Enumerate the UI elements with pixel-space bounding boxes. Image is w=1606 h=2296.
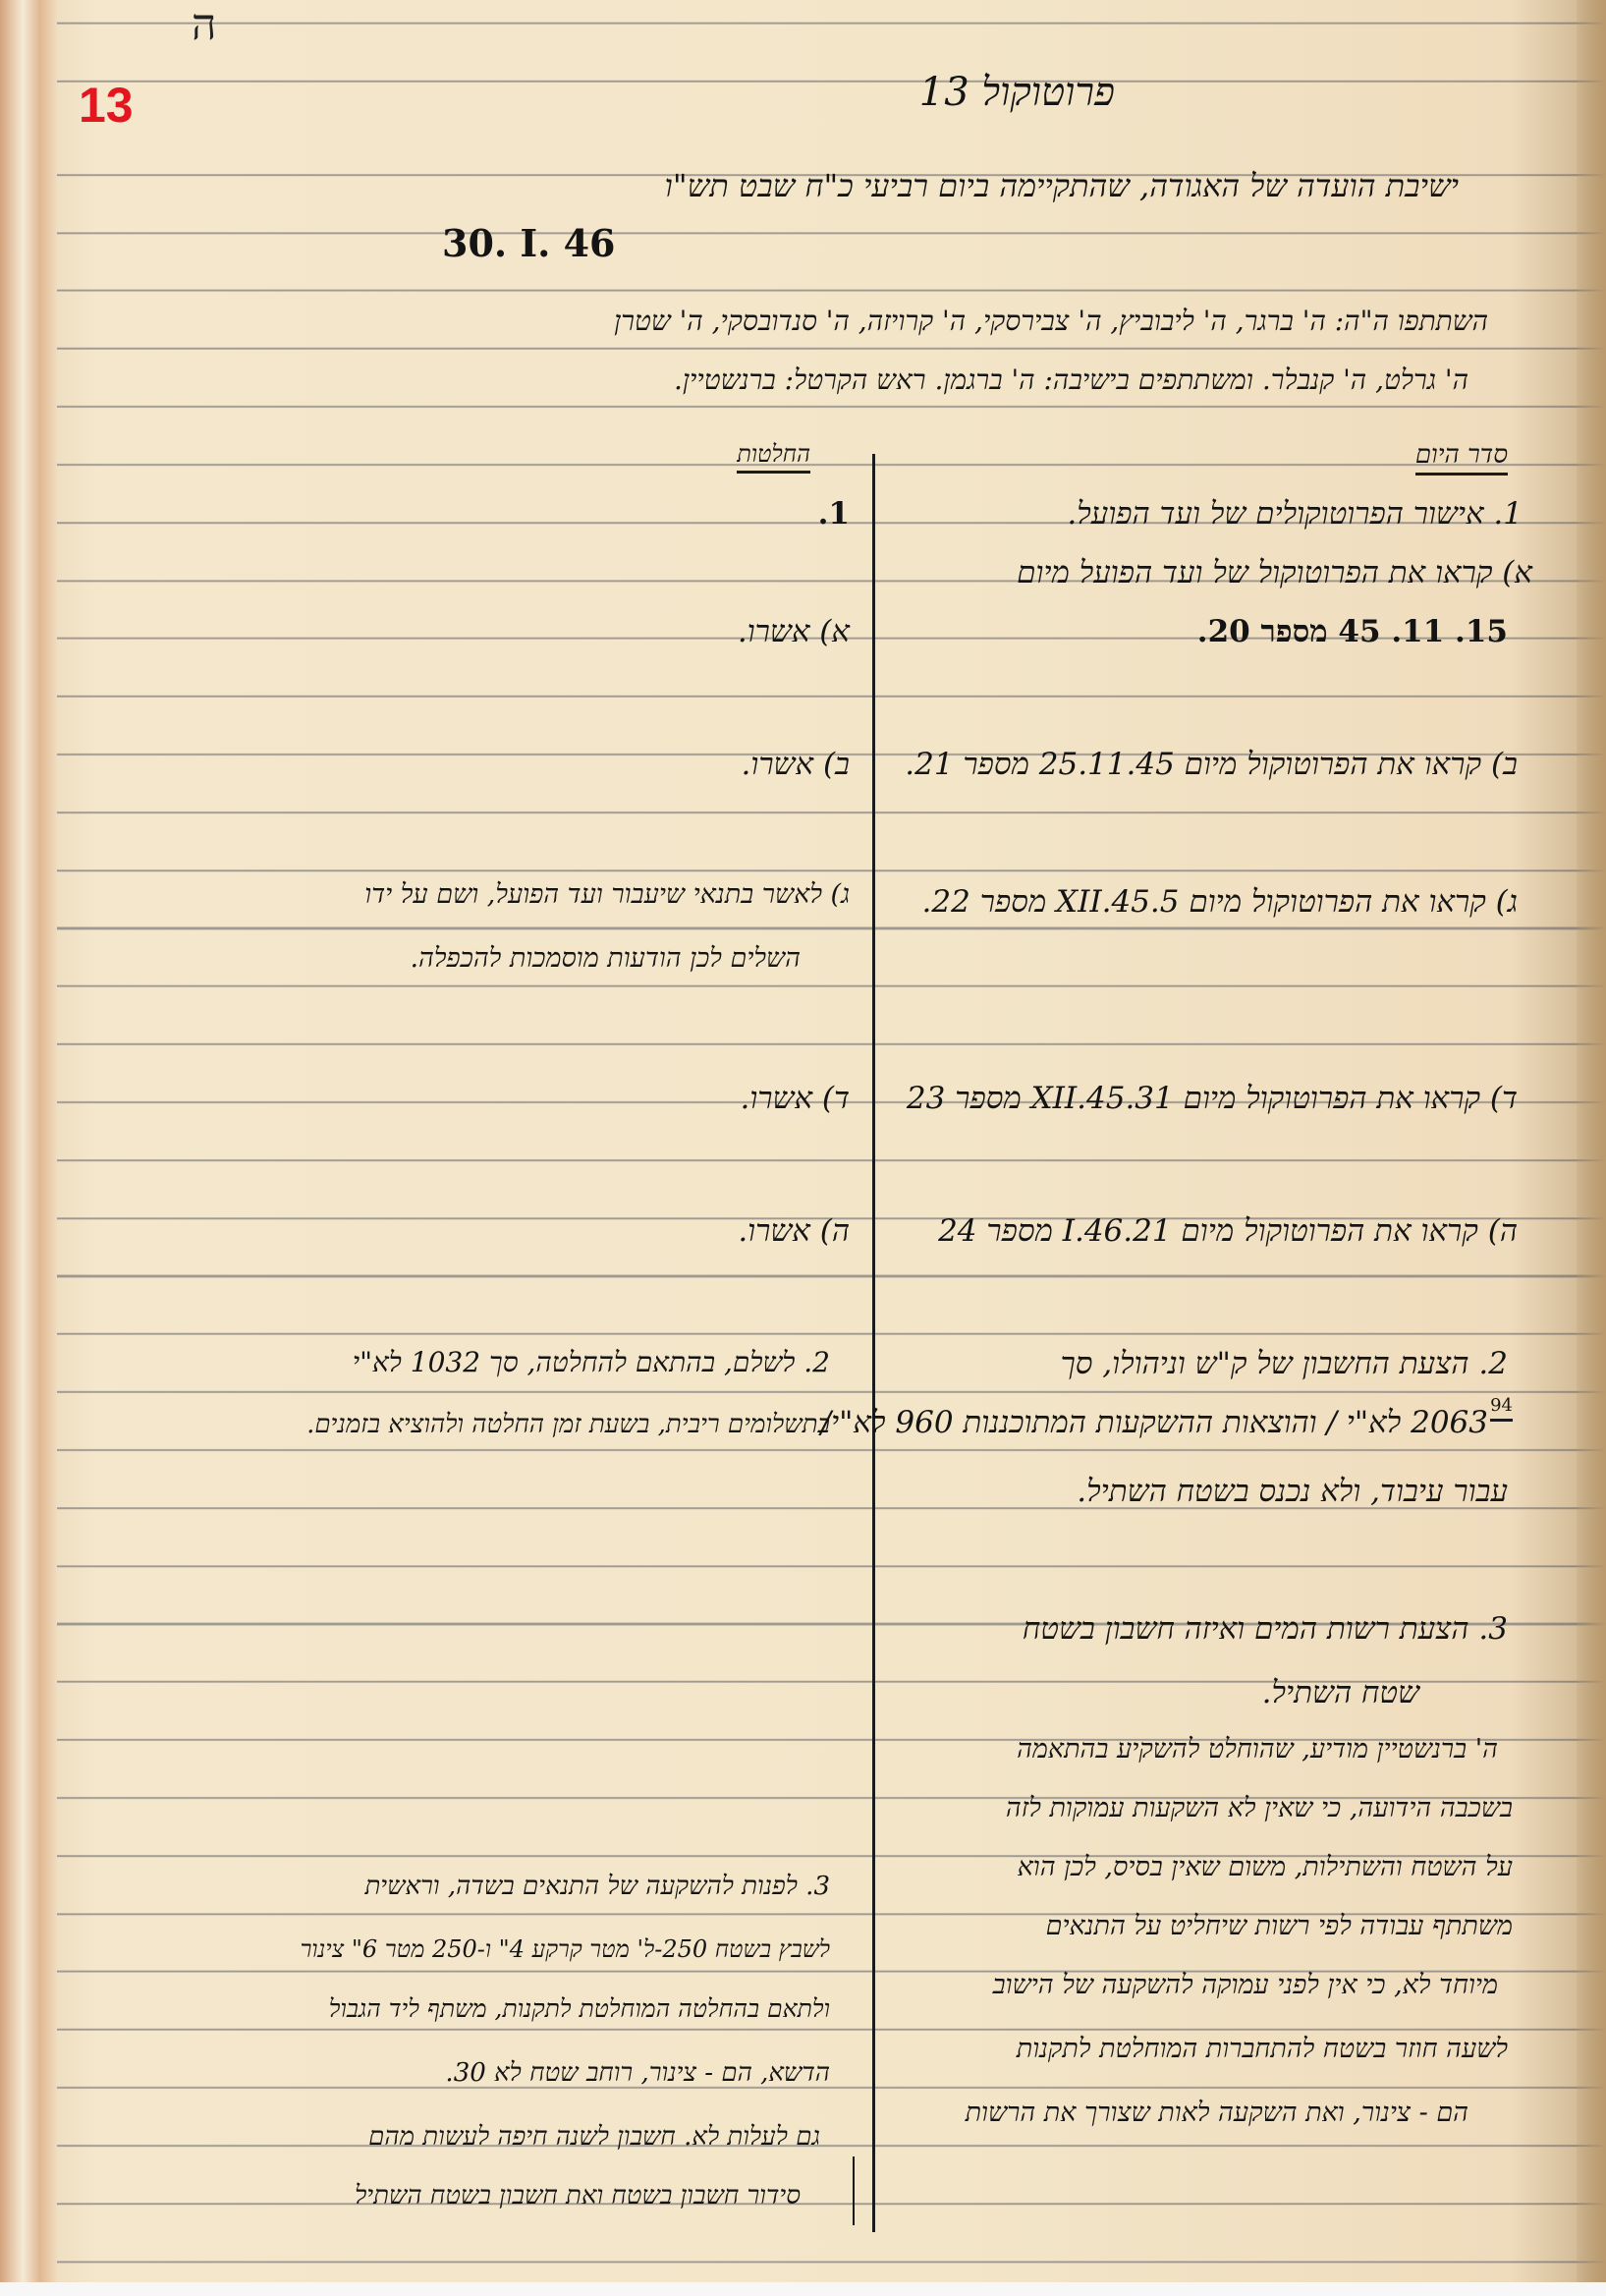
meeting-date: 30. I. 46 xyxy=(442,221,615,266)
decision-item-3-line5: גם לעלות לא. חשבון לשנה חיפה לעשות מהם xyxy=(368,2122,820,2153)
agenda-item-2-line2: 2063 לא"י / והוצאות ההשקעות המתוכננות 96… xyxy=(821,1405,1488,1441)
agenda-item-3-line9: הם - צינור, ואת השקעה לאות שצורך את הרשו… xyxy=(966,2098,1468,2129)
decision-item-3-line1: 3. לפנות להשקעה של התנאים בשדה, וראשית xyxy=(364,1872,830,1902)
agenda-item-1e: ה) קראו את הפרוטוקול מיום 21.I.46 מספר 2… xyxy=(938,1213,1518,1250)
agenda-item-3-line5: על השטח והשתילות, משום שאין בסיס, לכן הו… xyxy=(1018,1852,1513,1883)
column-divider xyxy=(872,454,875,2232)
decision-item-1c-line2: השלים לכן הודעות מוסמכות להכפלה. xyxy=(410,943,801,975)
decision-item-3-line4: הדשא, הם - צינור, רוחב שטח לא 30. xyxy=(445,2058,830,2089)
decision-item-2-line2: בתשלומים ריבית, בשעת זמן החלטה ולהוציא ב… xyxy=(306,1410,830,1440)
decision-item-1a: א) אשרו. xyxy=(738,614,850,650)
notebook-page: ה 13 פרוטוקול 13 ישיבת הועדה של האגודה, … xyxy=(0,0,1606,2296)
decisions-column-header: החלטות xyxy=(737,440,810,474)
page-stamp-number: 13 xyxy=(79,77,134,134)
decision-item-1d: ד) אשרו. xyxy=(740,1081,850,1117)
decision-item-1b: ב) אשרו. xyxy=(742,747,850,783)
agenda-item-3-line6: משתתף עבודה לפי רשות שיחליט על התנאים xyxy=(1046,1911,1513,1942)
agenda-item-3-line3: ה' ברנשטיין מודיע, שהוחלט להשקיע בהתאמה xyxy=(1017,1734,1498,1765)
attendees-line-2: ה' גרלט, ה' קנבלר. ומשתתפים בישיבה: ה' ב… xyxy=(674,364,1468,397)
agenda-item-1a-line2: 15. 11. 45 מספר 20. xyxy=(1197,614,1508,650)
agenda-item-1d: ד) קראו את הפרוטוקול מיום 31.XII.45 מספר… xyxy=(907,1081,1518,1117)
decision-item-3-line2: לשבץ בשטח 250-ל' מטר קרקע 4" ו-250 מטר 6… xyxy=(301,1935,830,1964)
agenda-item-1b: ב) קראו את הפרוטוקול מיום 25.11.45 מספר … xyxy=(905,747,1518,783)
agenda-item-2-line1: 2. הצעת החשבון של ק"ש וניהולו, סך xyxy=(1061,1346,1508,1382)
decision-item-3-line6: סידור חשבון בשטח ואת חשבון בשטח השתיל xyxy=(355,2181,801,2212)
agenda-item-2-line3: עבור עיבוד, ולא נכנס בשטח השתיל. xyxy=(1077,1474,1508,1510)
agenda-item-3-line4: בשכבה הידועה, כי שאין לא השקעות עמוקות ל… xyxy=(1006,1793,1513,1824)
agenda-item-1-title: 1. אישור הפרוטוקולים של ועד הפועל. xyxy=(1067,496,1523,532)
agenda-item-3-line8: לשעה חוזר בשטח להתחברות המוחלטת לתקנות xyxy=(1017,2034,1508,2065)
agenda-column-header: סדר היום xyxy=(1415,440,1508,476)
column-divider-tail xyxy=(853,2156,855,2225)
agenda-item-3-line1: 3. הצעת רשות המים ואיזה חשבון בשטח xyxy=(1023,1611,1508,1648)
page-edge xyxy=(1577,0,1606,2296)
agenda-item-3-line7: מיוחד לא, כי אין לפני עמוקה להשקעה של הי… xyxy=(993,1970,1498,2001)
protocol-title: פרוטוקול 13 xyxy=(919,69,1115,116)
meeting-subtitle: ישיבת הועדה של האגודה, שהתקיימה ביום רבי… xyxy=(665,167,1459,204)
notebook-spine xyxy=(0,0,57,2296)
agenda-item-2-superscript: 94 xyxy=(1490,1395,1513,1422)
decision-item-1-number: 1. xyxy=(818,496,850,532)
agenda-item-1c: ג) קראו את הפרוטוקול מיום 5.XII.45 מספר … xyxy=(922,884,1518,921)
decision-item-3-line3: ולתאם בהחלטה המוחלטת לתקנות, משתף ליד הג… xyxy=(329,1994,830,2024)
agenda-item-3-line2: שטח השתיל. xyxy=(1262,1675,1419,1711)
corner-mark: ה xyxy=(192,0,216,50)
agenda-item-1a-line1: א) קראו את הפרוטוקול של ועד הפועל מיום xyxy=(1017,555,1532,591)
decision-item-2-line1: 2. לשלם, בהתאם להחלטה, סך 1032 לא"י xyxy=(353,1346,830,1379)
decision-item-1e: ה) אשרו. xyxy=(738,1213,850,1250)
scan-margin xyxy=(0,2282,1606,2296)
decision-item-1c-line1: ג) לאשר בתנאי שיעבור ועד הפועל, ושם על י… xyxy=(364,879,850,911)
attendees-line-1: השתתפו ה"ה: ה' ברגר, ה' ליבוביץ, ה' צביר… xyxy=(614,305,1488,338)
